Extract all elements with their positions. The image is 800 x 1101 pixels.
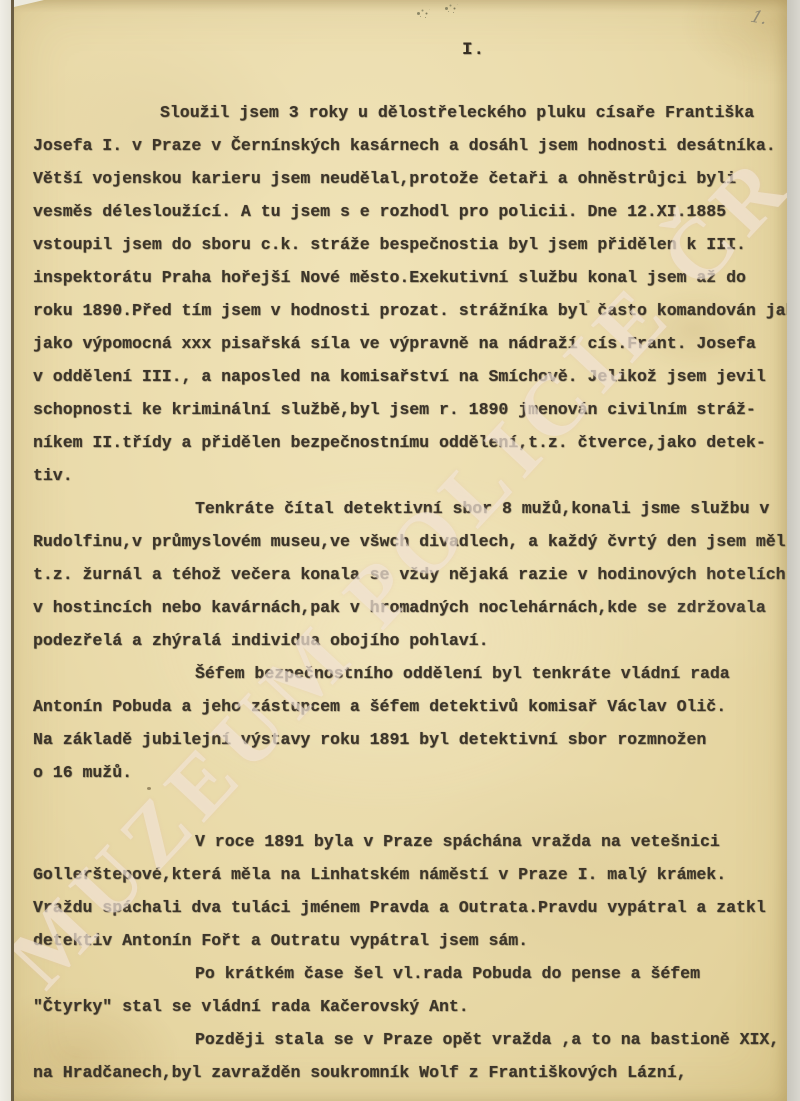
scanner-background-right: [787, 0, 800, 1101]
paragraph: Tenkráte čítal detektivní sbor 8 mužů,ko…: [33, 492, 787, 657]
text-line: schopnosti ke kriminální službě,byl jsem…: [33, 393, 787, 426]
text-line: Rudolfinu,v průmyslovém museu,ve všwch d…: [33, 525, 787, 558]
text-line: v oddělení III., a naposled na komisařst…: [33, 360, 787, 393]
text-line: Vraždu spáchali dva tuláci jménem Pravda…: [33, 891, 787, 924]
paper-sheet: I. 1. Sloužil jsem 3 roky u dělostřeleck…: [11, 0, 787, 1101]
chapter-heading: I.: [462, 40, 485, 60]
pencil-mark: [445, 7, 448, 10]
text-line: Na základě jubilejní výstavy roku 1891 b…: [33, 723, 787, 756]
text-line: Sloužil jsem 3 roky u dělostřeleckého pl…: [33, 96, 787, 129]
text-line: inspektorátu Praha hořejší Nové město.Ex…: [33, 261, 787, 294]
text-line: Šéfem bezpečnostního oddělení byl tenkrá…: [33, 657, 787, 690]
text-line: vesměs délesloužící. A tu jsem s e rozho…: [33, 195, 787, 228]
text-line: Později stala se v Praze opět vražda ,a …: [33, 1023, 787, 1056]
text-line: tiv.: [33, 459, 787, 492]
paragraph: Šéfem bezpečnostního oddělení byl tenkrá…: [33, 657, 787, 789]
text-line: jako výpomocná xxx pisařská síla ve výpr…: [33, 327, 787, 360]
text-line: Antonín Pobuda a jeho zástupcem a šéfem …: [33, 690, 787, 723]
text-line: detektiv Antonín Fořt a Outratu vypátral…: [33, 924, 787, 957]
scan-corner-gap: [14, 0, 44, 7]
text-line: Tenkráte čítal detektivní sbor 8 mužů,ko…: [33, 492, 787, 525]
text-line: níkem II.třídy a přidělen bezpečnostnímu…: [33, 426, 787, 459]
scanner-background-left: [0, 0, 11, 1101]
paragraph: Po krátkém čase šel vl.rada Pobuda do pe…: [33, 957, 787, 1023]
text-line: V roce 1891 byla v Praze spáchána vražda…: [33, 825, 787, 858]
text-line: t.z. žurnál a téhož večera konala se vžd…: [33, 558, 787, 591]
text-line: Josefa I. v Praze v Černínských kasárnec…: [33, 129, 787, 162]
handwritten-page-number: 1.: [748, 7, 771, 29]
text-line: na Hradčanech,byl zavražděn soukromník W…: [33, 1056, 787, 1089]
text-line: o 16 mužů.: [33, 756, 787, 789]
paragraph: Později stala se v Praze opět vražda ,a …: [33, 1023, 787, 1089]
scanned-typewritten-page: { "scan": { "page_number": "1.", "headin…: [0, 0, 800, 1101]
paper-speck: [147, 787, 151, 790]
pencil-mark: [417, 12, 420, 15]
text-line: Po krátkém čase šel vl.rada Pobuda do pe…: [33, 957, 787, 990]
text-line: roku 1890.Před tím jsem v hodnosti proza…: [33, 294, 787, 327]
paragraph: Sloužil jsem 3 roky u dělostřeleckého pl…: [33, 96, 787, 492]
text-line: podezřelá a zhýralá individua obojího po…: [33, 624, 787, 657]
text-line: vstoupil jsem do sboru c.k. stráže bespe…: [33, 228, 787, 261]
text-line: Gollerštepové,která měla na Linhatském n…: [33, 858, 787, 891]
typewritten-text-body: Sloužil jsem 3 roky u dělostřeleckého pl…: [33, 96, 787, 1089]
paper-speck: [586, 300, 590, 303]
paragraph: V roce 1891 byla v Praze spáchána vražda…: [33, 825, 787, 957]
text-line: v hostincích nebo kavárnách,pak v hromad…: [33, 591, 787, 624]
text-line: Větší vojenskou karieru jsem neudělal,pr…: [33, 162, 787, 195]
text-line: "Čtyrky" stal se vládní rada Kačerovský …: [33, 990, 787, 1023]
